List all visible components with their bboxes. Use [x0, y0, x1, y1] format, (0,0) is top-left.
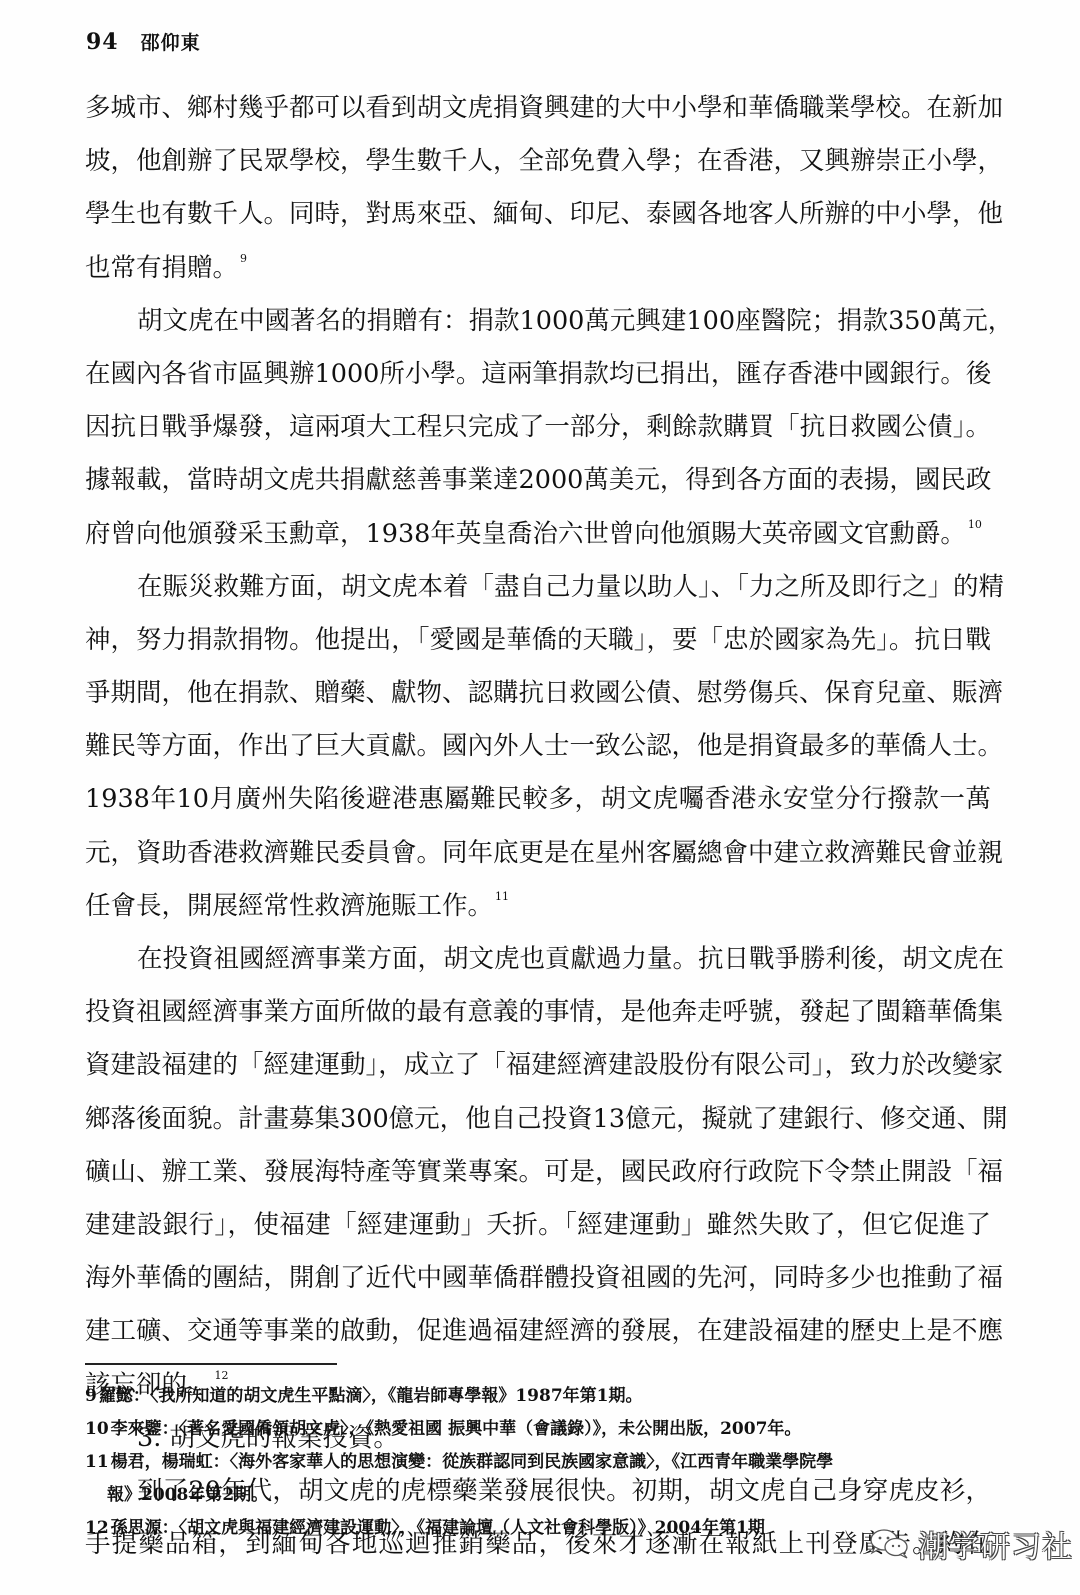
body-line-text: 投資祖國經濟事業方面所做的最有意義的事情，是他奔走呼號，發起了閩籍華僑集 [85, 997, 1003, 1027]
footnote-item: 11楊君，楊瑞虹：〈海外客家華人的思想演變：從族群認同到民族國家意識〉，《江西青… [85, 1446, 991, 1479]
body-line-text: 鄉落後面貌。計畫募集300億元，他自己投資13億元，擬就了建銀行、修交通、開 [85, 1104, 1008, 1134]
footnote-text: 報》2008年第2期。 [107, 1485, 268, 1505]
body-line-text: 多城市、鄉村幾乎都可以看到胡文虎捐資興建的大中小學和華僑職業學校。在新加 [85, 93, 1003, 123]
body-line: 因抗日戰爭爆發，這兩項大工程只完成了一部分，剩餘款購買「抗日救國公債」。 [85, 401, 991, 454]
body-line: 據報載，當時胡文虎共捐獻慈善事業達2000萬美元，得到各方面的表揚，國民政 [85, 454, 991, 507]
body-line-text: 元，資助香港救濟難民委員會。同年底更是在星州客屬總會中建立救濟難民會並親 [85, 838, 1003, 868]
body-line-text: 建工礦、交通等事業的啟動，促進過福建經濟的發展，在建設福建的歷史上是不應 [85, 1316, 1003, 1346]
footnote-divider [85, 1363, 337, 1365]
footnote-marker[interactable]: 11 [495, 890, 509, 903]
body-line: 多城市、鄉村幾乎都可以看到胡文虎捐資興建的大中小學和華僑職業學校。在新加 [85, 82, 991, 135]
wechat-icon [868, 1527, 912, 1561]
footnote-text: 李來鑒：〈著名愛國僑領胡文虎〉，《熱愛祖國 振興中華（會議錄）》，未公開出版，2… [111, 1419, 802, 1439]
body-line: 在國內各省市區興辦1000所小學。這兩筆捐款均已捐出，匯存香港中國銀行。後 [85, 348, 991, 401]
body-line-text: 任會長，開展經常性救濟施賑工作。 [85, 891, 493, 921]
footnote-number: 9 [85, 1386, 97, 1406]
body-line: 難民等方面，作出了巨大貢獻。國內外人士一致公認，他是捐資最多的華僑人士。 [85, 720, 991, 773]
body-line-text: 礦山、辦工業、發展海特產等實業專案。可是，國民政府行政院下令禁止開設「福 [85, 1157, 1003, 1187]
body-line-text: 神，努力捐款捐物。他提出，「愛國是華僑的天職」，要「忠於國家為先」。抗日戰 [85, 625, 991, 655]
footnote-marker[interactable]: 9 [240, 252, 247, 265]
footnote-number: 10 [85, 1419, 109, 1439]
body-line-text: 學生也有數千人。同時，對馬來亞、緬甸、印尼、泰國各地客人所辦的中小學，他 [85, 199, 1003, 229]
body-line: 胡文虎在中國著名的捐贈有：捐款1000萬元興建100座醫院；捐款350萬元， [85, 295, 991, 348]
body-line-text: 府曾向他頒發采玉勳章，1938年英皇喬治六世曾向他頒賜大英帝國文官勳爵。 [85, 519, 966, 549]
body-line-text: 在賑災救難方面，胡文虎本着「盡自己力量以助人」、「力之所及即行之」的精 [137, 572, 1004, 602]
footnote-text: 孫思源：〈胡文虎與福建經濟建設運動〉，《福建論壇（人文社會科學版）》2004年第… [111, 1518, 765, 1538]
body-line-text: 坡，他創辦了民眾學校，學生數千人，全部免費入學；在香港，又興辦崇正小學， [85, 146, 1003, 176]
body-line-text: 也常有捐贈。 [85, 253, 238, 283]
body-line: 資建設福建的「經建運動」，成立了「福建經濟建設股份有限公司」，致力於改變家 [85, 1039, 991, 1092]
body-line: 學生也有數千人。同時，對馬來亞、緬甸、印尼、泰國各地客人所辦的中小學，他 [85, 188, 991, 241]
body-line: 也常有捐贈。9 [85, 242, 991, 295]
body-line: 坡，他創辦了民眾學校，學生數千人，全部免費入學；在香港，又興辦崇正小學， [85, 135, 991, 188]
watermark: 潮学研习社 [868, 1522, 1073, 1566]
body-line-text: 建建設銀行」，使福建「經建運動」夭折。「經建運動」雖然失敗了，但它促進了 [85, 1210, 991, 1240]
body-line: 元，資助香港救濟難民委員會。同年底更是在星州客屬總會中建立救濟難民會並親 [85, 827, 991, 880]
body-line-text: 在國內各省市區興辦1000所小學。這兩筆捐款均已捐出，匯存香港中國銀行。後 [85, 359, 991, 389]
footnote-text: 羅懿：〈我所知道的胡文虎生平點滴〉，《龍岩師專學報》1987年第1期。 [99, 1386, 643, 1406]
footnote-item: 報》2008年第2期。 [85, 1479, 991, 1512]
footnote-text: 楊君，楊瑞虹：〈海外客家華人的思想演變：從族群認同到民族國家意識〉，《江西青年職… [111, 1452, 834, 1472]
footnote-item: 9羅懿：〈我所知道的胡文虎生平點滴〉，《龍岩師專學報》1987年第1期。 [85, 1380, 991, 1413]
body-line-text: 1938年10月廣州失陷後避港惠屬難民較多，胡文虎囑香港永安堂分行撥款一萬 [85, 784, 991, 814]
footnote-item: 12孫思源：〈胡文虎與福建經濟建設運動〉，《福建論壇（人文社會科學版）》2004… [85, 1512, 991, 1545]
body-line-text: 胡文虎在中國著名的捐贈有：捐款1000萬元興建100座醫院；捐款350萬元， [137, 306, 1013, 336]
body-line: 投資祖國經濟事業方面所做的最有意義的事情，是他奔走呼號，發起了閩籍華僑集 [85, 986, 991, 1039]
body-line: 建建設銀行」，使福建「經建運動」夭折。「經建運動」雖然失敗了，但它促進了 [85, 1199, 991, 1252]
page-number: 94 [86, 29, 119, 55]
body-line-text: 因抗日戰爭爆發，這兩項大工程只完成了一部分，剩餘款購買「抗日救國公債」。 [85, 412, 991, 442]
footnote-marker[interactable]: 10 [968, 518, 982, 531]
body-line: 鄉落後面貌。計畫募集300億元，他自己投資13億元，擬就了建銀行、修交通、開 [85, 1093, 991, 1146]
footnote-number: 11 [85, 1452, 109, 1472]
footnotes: 9羅懿：〈我所知道的胡文虎生平點滴〉，《龍岩師專學報》1987年第1期。10李來… [85, 1380, 991, 1545]
body-line-text: 爭期間，他在捐款、贈藥、獻物、認購抗日救國公債、慰勞傷兵、保育兒童、賑濟 [85, 678, 1003, 708]
body-line: 神，努力捐款捐物。他提出，「愛國是華僑的天職」，要「忠於國家為先」。抗日戰 [85, 614, 991, 667]
footnote-item: 10李來鑒：〈著名愛國僑領胡文虎〉，《熱愛祖國 振興中華（會議錄）》，未公開出版… [85, 1413, 991, 1446]
body-line: 礦山、辦工業、發展海特產等實業專案。可是，國民政府行政院下令禁止開設「福 [85, 1146, 991, 1199]
footnote-number: 12 [85, 1518, 109, 1538]
body-line-text: 難民等方面，作出了巨大貢獻。國內外人士一致公認，他是捐資最多的華僑人士。 [85, 731, 1003, 761]
body-line-text: 資建設福建的「經建運動」，成立了「福建經濟建設股份有限公司」，致力於改變家 [85, 1050, 1003, 1080]
body-line: 爭期間，他在捐款、贈藥、獻物、認購抗日救國公債、慰勞傷兵、保育兒童、賑濟 [85, 667, 991, 720]
body-line: 任會長，開展經常性救濟施賑工作。11 [85, 880, 991, 933]
running-head-author: 邵仰東 [141, 28, 201, 55]
running-head: 94 邵仰東 [86, 28, 201, 55]
body-line: 在投資祖國經濟事業方面，胡文虎也貢獻過力量。抗日戰爭勝利後，胡文虎在 [85, 933, 991, 986]
body-line: 在賑災救難方面，胡文虎本着「盡自己力量以助人」、「力之所及即行之」的精 [85, 561, 991, 614]
body-line: 海外華僑的團結，開創了近代中國華僑群體投資祖國的先河，同時多少也推動了福 [85, 1252, 991, 1305]
body-line-text: 據報載，當時胡文虎共捐獻慈善事業達2000萬美元，得到各方面的表揚，國民政 [85, 465, 991, 495]
body-line-text: 在投資祖國經濟事業方面，胡文虎也貢獻過力量。抗日戰爭勝利後，胡文虎在 [137, 944, 1004, 974]
body-line: 建工礦、交通等事業的啟動，促進過福建經濟的發展，在建設福建的歷史上是不應 [85, 1305, 991, 1358]
body-line: 府曾向他頒發采玉勳章，1938年英皇喬治六世曾向他頒賜大英帝國文官勳爵。10 [85, 508, 991, 561]
book-page: 94 邵仰東 多城市、鄉村幾乎都可以看到胡文虎捐資興建的大中小學和華僑職業學校。… [0, 0, 1080, 1595]
body-line-text: 海外華僑的團結，開創了近代中國華僑群體投資祖國的先河，同時多少也推動了福 [85, 1263, 1003, 1293]
body-text: 多城市、鄉村幾乎都可以看到胡文虎捐資興建的大中小學和華僑職業學校。在新加坡，他創… [85, 82, 991, 1571]
body-line: 1938年10月廣州失陷後避港惠屬難民較多，胡文虎囑香港永安堂分行撥款一萬 [85, 773, 991, 826]
watermark-text: 潮学研习社 [918, 1522, 1073, 1566]
